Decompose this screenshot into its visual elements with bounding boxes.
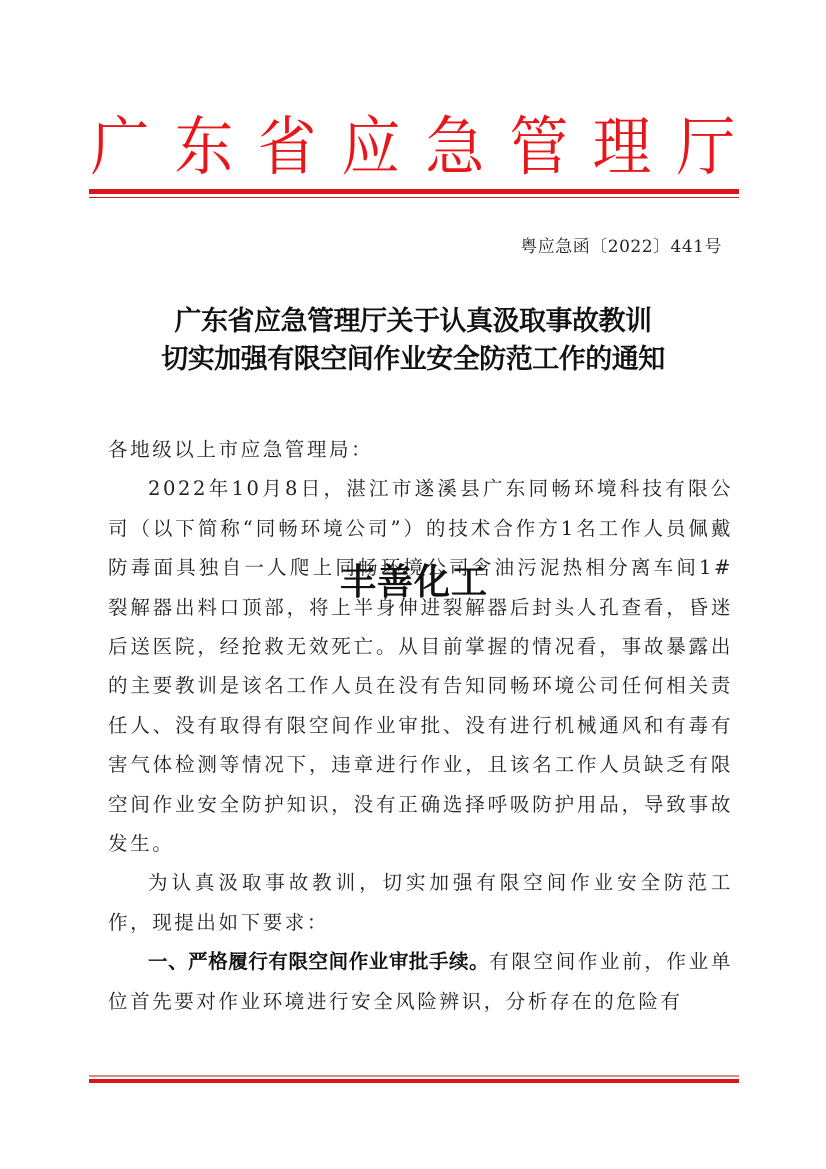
document-title: 广东省应急管理厅关于认真汲取事故教训 切实加强有限空间作业安全防范工作的通知: [100, 303, 726, 379]
masthead-char: 东: [174, 108, 233, 188]
title-line-1: 广东省应急管理厅关于认真汲取事故教训: [100, 303, 726, 341]
header-divider-thin: [89, 197, 739, 198]
section-1-heading: 一、严格履行有限空间作业审批手续。: [148, 950, 489, 973]
header-divider-thick: [89, 189, 739, 194]
title-line-2: 切实加强有限空间作业安全防范工作的通知: [100, 341, 726, 379]
masthead-char: 应: [342, 108, 401, 188]
masthead-char: 广: [91, 108, 150, 188]
footer-divider-thin: [89, 1075, 739, 1077]
masthead-char: 厅: [676, 108, 735, 188]
document-body: 各地级以上市应急管理局： 2022年10月8日，湛江市遂溪县广东同畅环境科技有限…: [108, 430, 733, 1021]
paragraph: 2022年10月8日，湛江市遂溪县广东同畅环境科技有限公司（以下简称“同畅环境公…: [108, 469, 733, 863]
paragraph: 为认真汲取事故教训，切实加强有限空间作业安全防范工作，现提出如下要求：: [108, 863, 733, 942]
masthead-title: 广 东 省 应 急 管 理 厅: [88, 108, 738, 188]
footer-divider-thick: [89, 1079, 739, 1083]
masthead-char: 理: [593, 108, 652, 188]
section-1-paragraph: 一、严格履行有限空间作业审批手续。有限空间作业前，作业单位首先要对作业环境进行安…: [108, 942, 733, 1021]
salutation: 各地级以上市应急管理局：: [108, 430, 733, 469]
masthead-char: 管: [509, 108, 568, 188]
masthead-char: 急: [425, 108, 484, 188]
masthead-char: 省: [258, 108, 317, 188]
watermark-logo: 丰善化工: [340, 563, 488, 603]
document-number: 粤应急函〔2022〕441号: [520, 232, 722, 257]
